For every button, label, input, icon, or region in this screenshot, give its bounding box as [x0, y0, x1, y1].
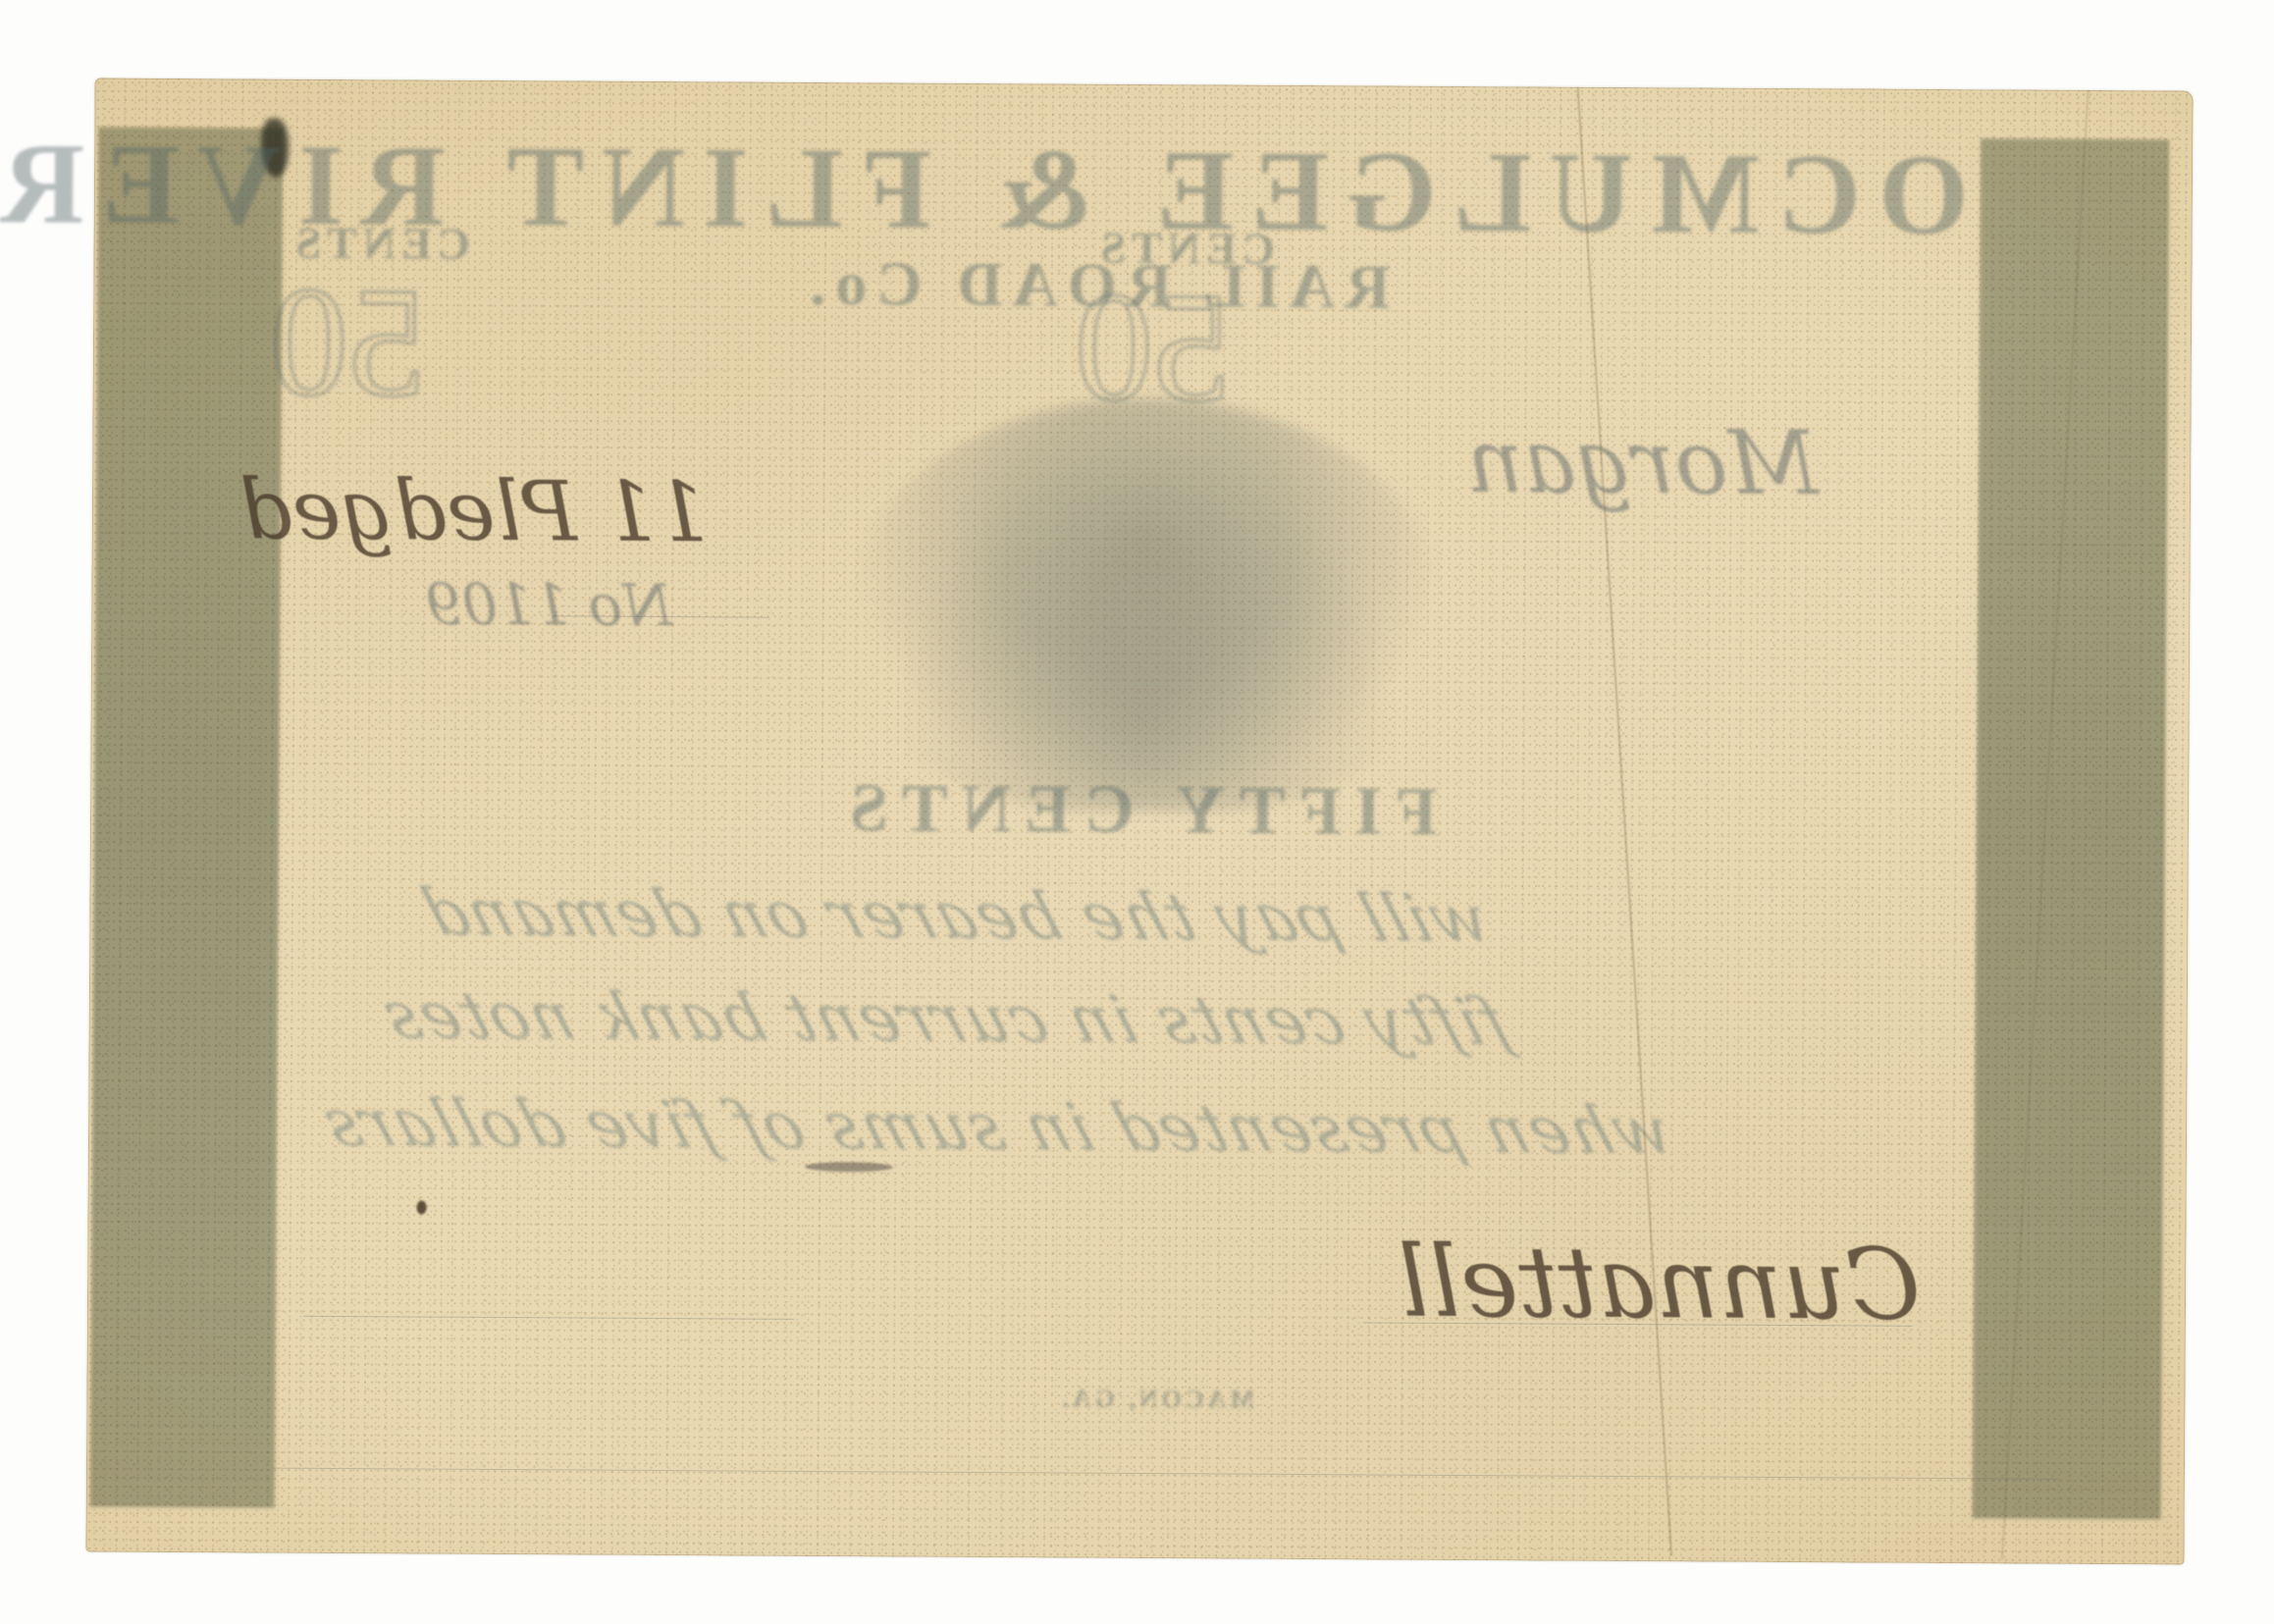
printer-imprint: MACON, GA. [1058, 1385, 1254, 1415]
faint-signature-right: Morgan [1466, 410, 1819, 515]
ink-speck [417, 1201, 427, 1215]
banknote: OCMULGEE & FLINT RIVER RAIL ROAD Co. CEN… [85, 78, 2193, 1564]
left-corner-value: 50 [269, 251, 427, 434]
body-line-1: will pay the bearer on demand [411, 874, 1498, 957]
center-vignette [851, 396, 1443, 812]
handwritten-pledged: 11 Pledged [239, 461, 709, 560]
handwritten-signature: Cunnattell [1398, 1225, 1922, 1342]
body-line-2: fifty cents in current bank notes [372, 977, 1518, 1060]
denomination-words: FIFTY CENTS [836, 769, 1438, 852]
handwritten-serial: No 1109 [425, 571, 672, 640]
right-tinted-band [1973, 138, 2170, 1519]
body-line-3: when presented in sums of five dollars [312, 1085, 1681, 1170]
left-tinted-band [90, 128, 284, 1508]
